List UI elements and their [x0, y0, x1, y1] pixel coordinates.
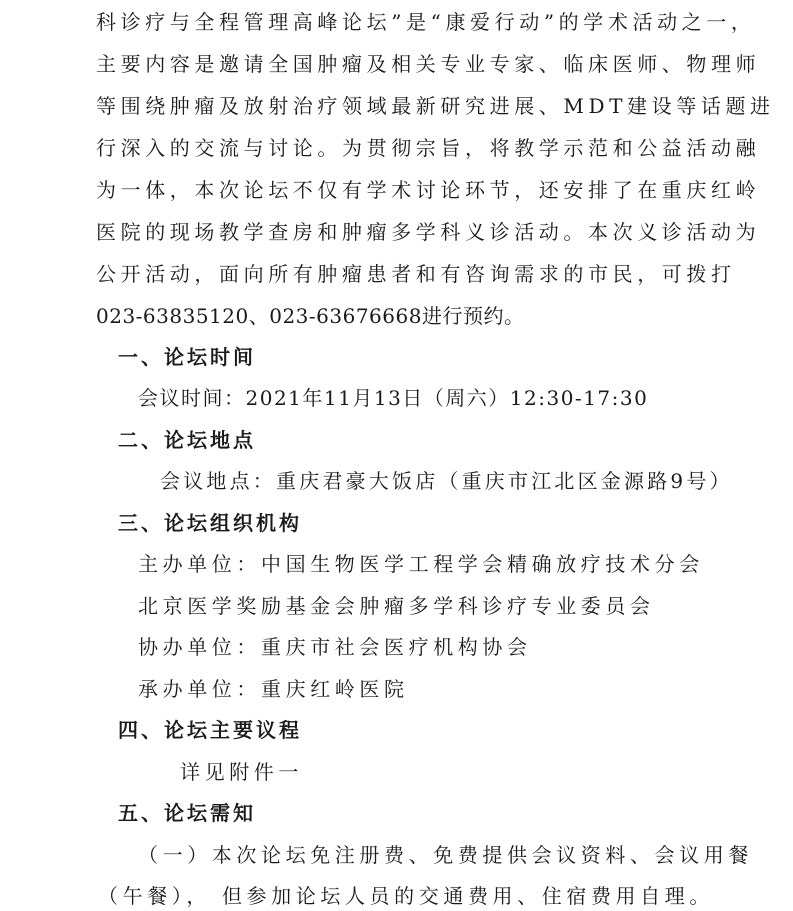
section-heading-location: 二、论坛地点 [118, 428, 256, 452]
intro-line-3: 等围绕肿瘤及放射治疗领域最新研究进展、MDT建设等话题进 [96, 94, 775, 118]
intro-line-4: 行深入的交流与讨论。为贯彻宗旨，将教学示范和公益活动融 [96, 136, 760, 160]
meeting-location: 会议地点：重庆君豪大饭店（重庆市江北区金源路9号） [160, 469, 733, 493]
host-organization-2: 北京医学奖励基金会肿瘤多学科诊疗专业委员会 [138, 594, 655, 618]
meeting-time: 会议时间：2021年11月13日（周六）12:30-17:30 [138, 386, 648, 410]
intro-line-8: 023-63835120、023-63676668进行预约。 [96, 304, 524, 328]
intro-line-2: 主要内容是邀请全国肿瘤及相关专业专家、临床医师、物理师 [96, 52, 760, 76]
co-organizer: 协办单位：重庆市社会医疗机构协会 [138, 635, 532, 659]
agenda-reference: 详见附件一 [180, 760, 303, 784]
section-heading-notes: 五、论坛需知 [118, 801, 256, 825]
undertaking-organization: 承办单位：重庆红岭医院 [138, 677, 409, 701]
intro-line-7: 公开活动，面向所有肿瘤患者和有咨询需求的市民，可拨打 [96, 262, 736, 286]
section-heading-organizers: 三、论坛组织机构 [118, 511, 302, 535]
host-organization: 主办单位：中国生物医学工程学会精确放疗技术分会 [138, 552, 704, 576]
notes-line-2: （午餐）， 但参加论坛人员的交通费用、住宿费用自理。 [98, 884, 714, 908]
intro-line-1: 科诊疗与全程管理高峰论坛”是“康爱行动”的学术活动之一， [96, 10, 755, 34]
intro-line-5: 为一体，本次论坛不仅有学术讨论环节，还安排了在重庆红岭 [96, 178, 760, 202]
section-heading-time: 一、论坛时间 [118, 345, 256, 369]
section-heading-agenda: 四、论坛主要议程 [118, 718, 302, 742]
document-page: 科诊疗与全程管理高峰论坛”是“康爱行动”的学术活动之一， 主要内容是邀请全国肿瘤… [0, 0, 793, 911]
intro-line-6: 医院的现场教学查房和肿瘤多学科义诊活动。本次义诊活动为 [96, 220, 760, 244]
notes-line-1: （一）本次论坛免注册费、免费提供会议资料、会议用餐 [138, 843, 753, 867]
